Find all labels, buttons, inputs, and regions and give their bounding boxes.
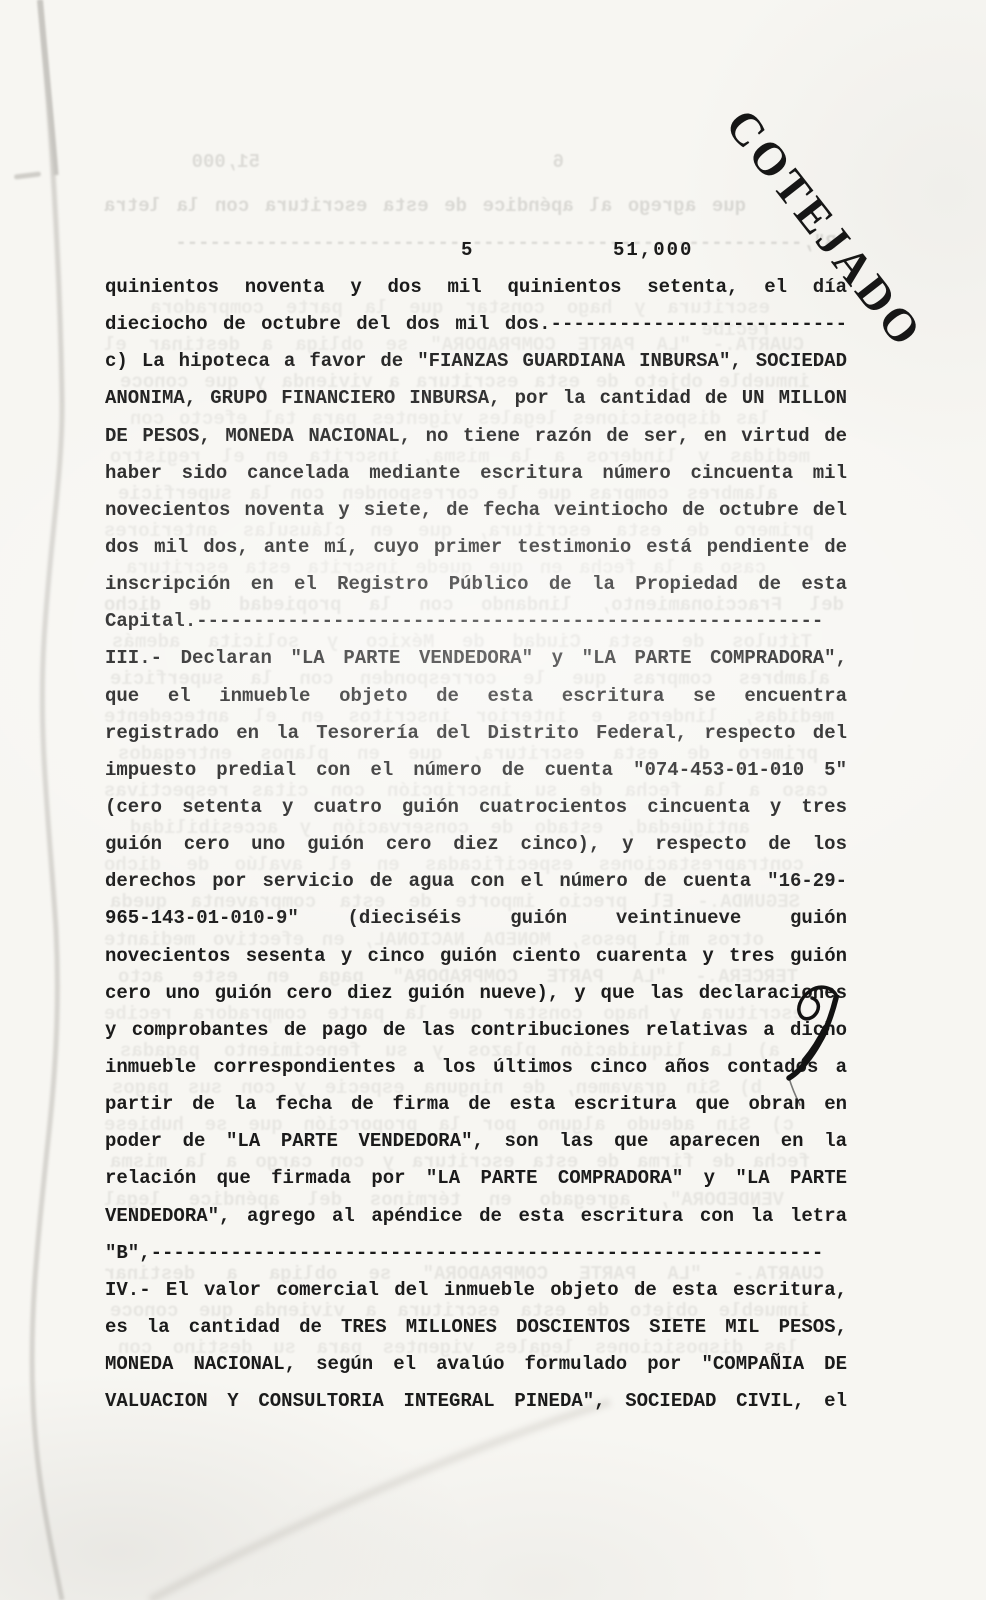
- deed-text-line: y comprobantes de pago de las contribuci…: [105, 1012, 847, 1049]
- paper-crease: [150, 1402, 610, 1600]
- deed-text-line: 965-143-01-010-9" (dieciséis guión veint…: [105, 900, 847, 937]
- scanned-deed-page: 51,0006que agrego al apéndice de esta es…: [0, 0, 986, 1600]
- deed-text-line: relación que firmada por "LA PARTE COMPR…: [105, 1160, 847, 1197]
- deed-text-line: DE PESOS, MONEDA NACIONAL, no tiene razó…: [105, 418, 847, 455]
- deed-text-line: novecientos noventa y siete, de fecha ve…: [105, 492, 847, 529]
- deed-text-line: "B",------------------------------------…: [105, 1235, 847, 1272]
- deed-text-line: es la cantidad de TRES MILLONES DOSCIENT…: [105, 1309, 847, 1346]
- bleedthrough-line: 6: [548, 151, 564, 173]
- deed-text-line: poder de "LA PARTE VENDEDORA", son las q…: [105, 1123, 847, 1160]
- deed-text-line: que el inmueble objeto de esta escritura…: [105, 678, 847, 715]
- deed-text-line: VALUACION Y CONSULTORIA INTEGRAL PINEDA"…: [105, 1383, 847, 1420]
- deed-text-line: impuesto predial con el número de cuenta…: [105, 752, 847, 789]
- folio-number: 51,000: [613, 239, 693, 261]
- deed-text-line: dieciocho de octubre del dos mil dos.---…: [105, 306, 847, 343]
- deed-text-line: c) La hipoteca a favor de "FIANZAS GUARD…: [105, 343, 847, 380]
- deed-text-line: guión cero uno guión cero diez cinco), y…: [105, 826, 847, 863]
- deed-text-line: cero uno guión cero diez guión nueve), y…: [105, 975, 847, 1012]
- deed-text-line: registrado en la Tesorería del Distrito …: [105, 715, 847, 752]
- deed-text-line: inmueble correspondientes a los últimos …: [105, 1049, 847, 1086]
- deed-text-line: III.- Declaran "LA PARTE VENDEDORA" y "L…: [105, 640, 847, 677]
- scan-smudge: [14, 171, 41, 179]
- bleedthrough-line: que agrego al apéndice de esta escritura…: [104, 195, 746, 217]
- bleedthrough-line: 51,000: [182, 151, 260, 173]
- deed-text-line: derechos por servicio de agua con el núm…: [105, 863, 847, 900]
- deed-text-line: MONEDA NACIONAL, según el avalúo formula…: [105, 1346, 847, 1383]
- deed-text-line: quinientos noventa y dos mil quinientos …: [105, 269, 847, 306]
- page-number: 5: [461, 239, 474, 261]
- deed-text-line: Capital.--------------------------------…: [105, 603, 847, 640]
- deed-text-line: IV.- El valor comercial del inmueble obj…: [105, 1272, 847, 1309]
- deed-text-line: dos mil dos, ante mí, cuyo primer testim…: [105, 529, 847, 566]
- deed-text-line: (cero setenta y cuatro guión cuatrocient…: [105, 789, 847, 826]
- deed-text-line: haber sido cancelada mediante escritura …: [105, 455, 847, 492]
- deed-text-line: ANONIMA, GRUPO FINANCIERO INBURSA, por l…: [105, 380, 847, 417]
- deed-text-line: novecientos sesenta y cinco guión ciento…: [105, 938, 847, 975]
- deed-text-line: inscripción en el Registro Público de la…: [105, 566, 847, 603]
- deed-text-line: VENDEDORA", agrego al apéndice de esta e…: [105, 1198, 847, 1235]
- deed-text-line: partir de la fecha de firma de esta escr…: [105, 1086, 847, 1123]
- deed-body: quinientos noventa y dos mil quinientos …: [105, 269, 847, 1420]
